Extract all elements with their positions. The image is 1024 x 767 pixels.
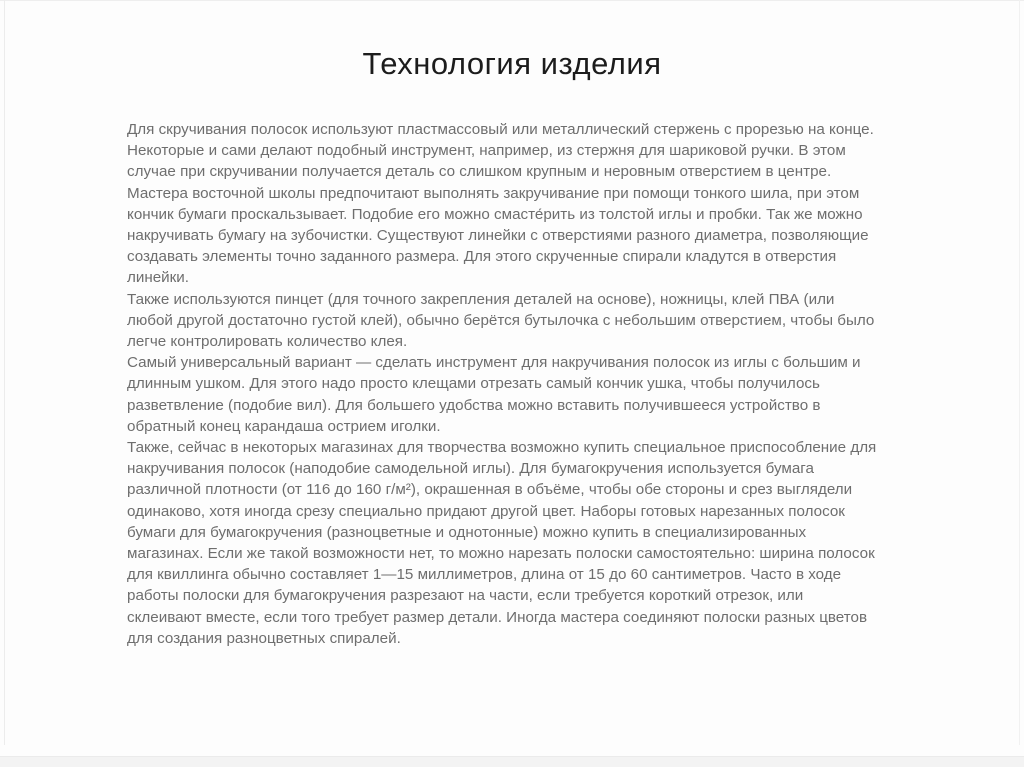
text-line: склеивают вместе, если того требует разм…	[127, 607, 917, 628]
text-line: Некоторые и сами делают подобный инструм…	[127, 140, 917, 161]
text-line: Мастера восточной школы предпочитают вып…	[127, 183, 917, 204]
text-line: легче контролировать количество клея.	[127, 331, 917, 352]
text-line: длинным ушком. Для этого надо просто кле…	[127, 373, 917, 394]
slide-title: Технология изделия	[0, 46, 1024, 82]
presentation-slide: Технология изделия Для скручивания полос…	[0, 0, 1024, 767]
text-line: кончик бумаги проскальзывает. Подобие ег…	[127, 204, 917, 225]
text-line: Также, сейчас в некоторых магазинах для …	[127, 437, 917, 458]
text-line: различной плотности (от 116 до 160 г/м²)…	[127, 479, 917, 500]
body-text: Для скручивания полосок используют пласт…	[127, 119, 917, 649]
slide-bottom-strip	[0, 756, 1024, 767]
text-line: бумаги для бумагокручения (разноцветные …	[127, 522, 917, 543]
text-line: для квиллинга обычно составляет 1—15 мил…	[127, 564, 917, 585]
text-line: одинаково, хотя иногда срезу специально …	[127, 501, 917, 522]
text-line: магазинах. Если же такой возможности нет…	[127, 543, 917, 564]
text-line: разветвление (подобие вил). Для большего…	[127, 395, 917, 416]
text-line: линейки.	[127, 267, 917, 288]
paragraph: Самый универсальный вариант — сделать ин…	[127, 352, 917, 437]
text-line: для создания разноцветных спиралей.	[127, 628, 917, 649]
text-line: любой другой достаточно густой клей), об…	[127, 310, 917, 331]
slide-left-edge	[4, 0, 5, 745]
slide-right-edge	[1019, 0, 1020, 745]
text-line: Для скручивания полосок используют пласт…	[127, 119, 917, 140]
paragraph: Для скручивания полосок используют пласт…	[127, 119, 917, 289]
text-line: Самый универсальный вариант — сделать ин…	[127, 352, 917, 373]
paragraph: Также, сейчас в некоторых магазинах для …	[127, 437, 917, 649]
text-line: работы полоски для бумагокручения разрез…	[127, 585, 917, 606]
slide-top-edge	[0, 0, 1024, 1]
text-line: Также используются пинцет (для точного з…	[127, 289, 917, 310]
text-line: обратный конец карандаша острием иголки.	[127, 416, 917, 437]
text-line: случае при скручивании получается деталь…	[127, 161, 917, 182]
text-line: накручивания полосок (наподобие самодель…	[127, 458, 917, 479]
text-line: создавать элементы точно заданного разме…	[127, 246, 917, 267]
paragraph: Также используются пинцет (для точного з…	[127, 289, 917, 353]
text-line: накручивать бумагу на зубочистки. Сущест…	[127, 225, 917, 246]
